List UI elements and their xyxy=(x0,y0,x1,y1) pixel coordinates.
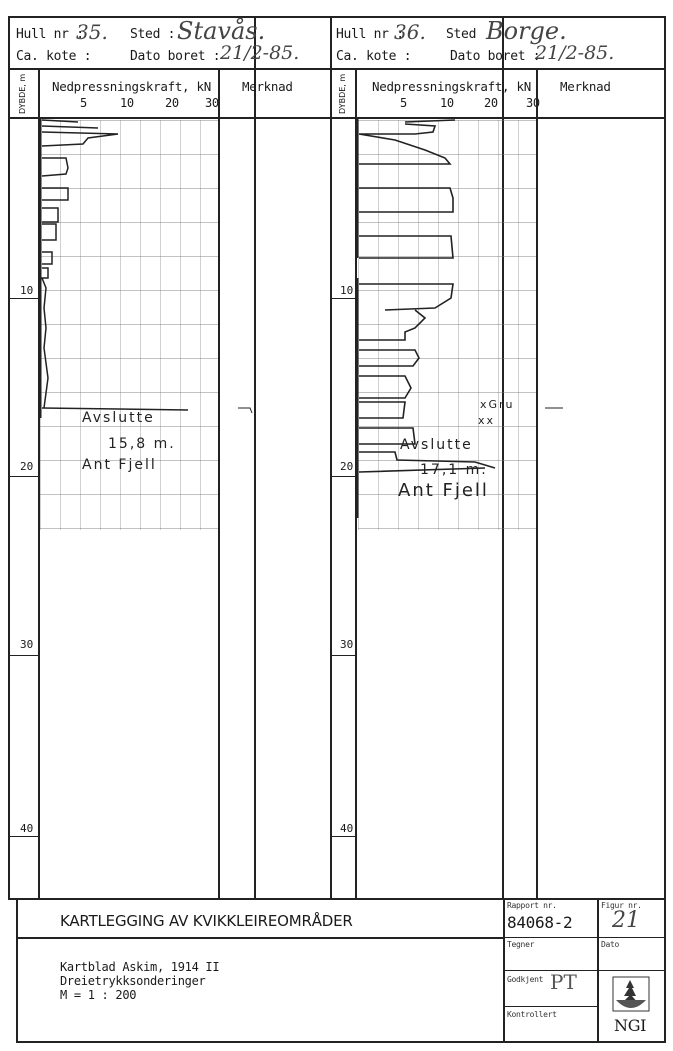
sted-value: Borge. xyxy=(486,17,567,45)
note-ant-fjell: Ant Fjell xyxy=(82,457,157,473)
tree-icon xyxy=(612,976,652,1014)
kote-label: Ca. kote : xyxy=(336,49,411,64)
depth-tick xyxy=(10,298,38,299)
depth-mark-20: 20 xyxy=(340,460,353,473)
tegner-label: Tegner xyxy=(507,940,534,949)
dato-value: 21/2-85. xyxy=(535,42,614,64)
figur-value: 21 xyxy=(612,908,640,933)
note-avslutte: Avslutte xyxy=(82,410,155,426)
rapport-value: 84068-2 xyxy=(507,913,572,932)
depth-header: DYBDE, m xyxy=(338,74,347,114)
hull-value: 36. xyxy=(394,20,426,44)
force-tick-20: 20 xyxy=(484,96,498,110)
rapport-divider xyxy=(503,937,666,938)
note-depth: 17,1 m. xyxy=(420,462,488,478)
dato-label: Dato boret : xyxy=(450,49,540,64)
depth-tick xyxy=(10,836,38,837)
dato-label: Dato boret : xyxy=(130,49,220,64)
force-tick-10: 10 xyxy=(440,96,454,110)
note-xx: xx xyxy=(478,414,495,427)
tegner-divider xyxy=(503,970,666,971)
sted-label: Sted xyxy=(446,27,476,42)
depth-tick xyxy=(10,655,38,656)
header-divider xyxy=(8,68,666,70)
ngi-logo: NGI xyxy=(608,976,658,1038)
depth-mark-10: 10 xyxy=(340,284,353,297)
depth-tick xyxy=(332,298,355,299)
subtitle-line-1: Kartblad Askim, 1914 II xyxy=(60,960,219,974)
rapport-label: Rapport nr. xyxy=(507,901,557,910)
depth-mark-40: 40 xyxy=(20,822,33,835)
godkjent-initials: PT xyxy=(550,970,577,994)
kote-label: Ca. kote : xyxy=(16,49,91,64)
depth-mark-30: 30 xyxy=(20,638,33,651)
dato-value: 21/2-85. xyxy=(220,42,299,64)
force-tick-5: 5 xyxy=(80,96,87,110)
hull-value: 35. xyxy=(76,20,108,44)
dato-label: Dato xyxy=(601,940,619,949)
merknad-header: Merknad xyxy=(242,79,293,94)
force-header: Nedpressningskraft, kN xyxy=(52,79,211,94)
merknad-header: Merknad xyxy=(560,79,611,94)
note-depth: 15,8 m. xyxy=(108,436,176,452)
depth-mark-30: 30 xyxy=(340,638,353,651)
godkjent-label: Godkjent xyxy=(507,975,543,984)
force-tick-5: 5 xyxy=(400,96,407,110)
depth-mark-20: 20 xyxy=(20,460,33,473)
document-title: KARTLEGGING AV KVIKKLEIREOMRÅDER xyxy=(60,912,353,930)
sted-label: Sted : xyxy=(130,27,175,42)
depth-tick xyxy=(332,655,355,656)
subtitle-line-2: Dreietrykksonderinger xyxy=(60,974,205,988)
sted-value: Stavås. xyxy=(177,17,265,45)
kontrollert-label: Kontrollert xyxy=(507,1010,557,1019)
note-gru: xGru xyxy=(480,398,515,411)
force-tick-30: 30 xyxy=(205,96,219,110)
note-ant-fjell: Ant Fjell xyxy=(398,480,489,501)
depth-tick xyxy=(332,476,355,477)
depth-header: DYBDE, m xyxy=(18,74,27,114)
depth-tick xyxy=(10,476,38,477)
logo-text: NGI xyxy=(614,1016,646,1035)
depth-mark-40: 40 xyxy=(340,822,353,835)
title-divider xyxy=(16,937,503,939)
depth-tick xyxy=(332,836,355,837)
subtitle-line-3: M = 1 : 200 xyxy=(60,988,136,1002)
force-tick-10: 10 xyxy=(120,96,134,110)
force-tick-20: 20 xyxy=(165,96,179,110)
depth-mark-10: 10 xyxy=(20,284,33,297)
note-avslutte: Avslutte xyxy=(400,437,473,453)
hull-label: Hull nr : xyxy=(16,27,84,42)
sounding-curve-left xyxy=(38,118,238,538)
force-header: Nedpressningskraft, kN xyxy=(372,79,531,94)
godkjent-divider xyxy=(503,1006,597,1007)
